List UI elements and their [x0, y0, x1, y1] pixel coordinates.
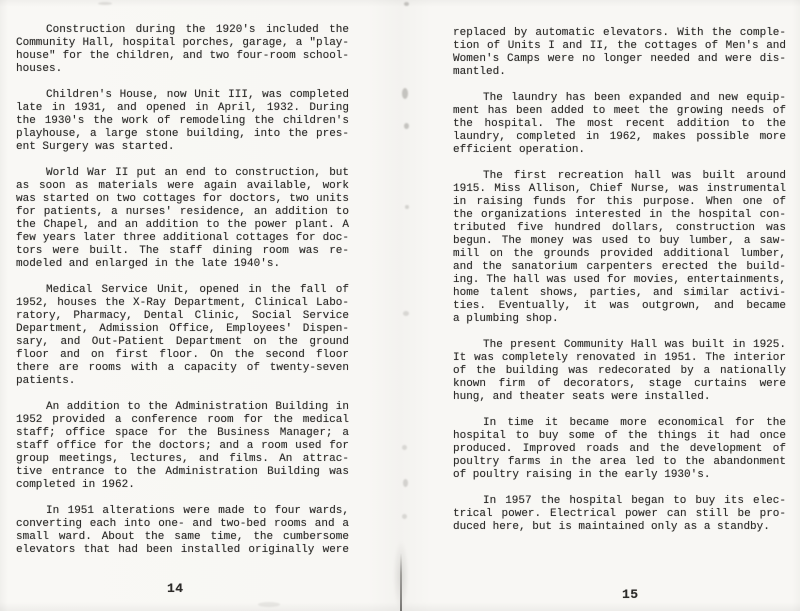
text-line: as soon as materials were again availabl…	[16, 180, 349, 193]
text-line: 1952 provided a conference room for the …	[16, 414, 349, 427]
text-line: the Chapel, and an addition to the power…	[16, 219, 349, 232]
text-line: Women's Camps were no longer needed and …	[453, 53, 786, 66]
text-line: for patients, a nurses' residence, an ad…	[16, 206, 349, 219]
text-line: small ward. About the same time, the cum…	[16, 531, 349, 544]
text-line: mantled.	[453, 66, 786, 79]
text-line: staff; office space for the Business Man…	[16, 427, 349, 440]
text-line: In 1957 the hospital began to buy its el…	[453, 495, 786, 508]
text-line: was started on two cottages for doctors,…	[16, 193, 349, 206]
paragraph: Children's House, now Unit III, was comp…	[16, 89, 349, 154]
paragraph: In 1957 the hospital began to buy its el…	[453, 495, 786, 534]
text-line: staff office for the doctors; and a room…	[16, 440, 349, 453]
scan-smudge	[402, 88, 408, 99]
paragraph: An addition to the Administration Buildi…	[16, 401, 349, 492]
scanned-book-spread: Construction during the 1920's included …	[0, 0, 800, 611]
text-line: late in 1931, and opened in April, 1932.…	[16, 102, 349, 115]
text-line: 1952, houses the X-Ray Department, Clini…	[16, 297, 349, 310]
text-line: Construction during the 1920's included …	[16, 24, 349, 37]
text-line: known firm of decorators, stage curtains…	[453, 378, 786, 391]
text-line: Medical Service Unit, opened in the fall…	[16, 284, 349, 297]
text-line: replaced by automatic elevators. With th…	[453, 27, 786, 40]
text-line: duced here, but is maintained only as a …	[453, 521, 786, 534]
text-line: group meetings, lectures, and films. An …	[16, 453, 349, 466]
text-line: elevators that had been installed origin…	[16, 544, 349, 557]
paragraph: In 1951 alterations were made to four wa…	[16, 505, 349, 557]
text-line: sary, and Out-Patient Department on the …	[16, 336, 349, 349]
text-line: ties. Eventually, it was outgrown, and b…	[453, 300, 786, 313]
text-line: a plumbing shop.	[453, 313, 786, 326]
text-line: home talent shows, parties, and similar …	[453, 287, 786, 300]
paragraph: In time it became more economical for th…	[453, 417, 786, 482]
text-line: tive entrance to the Administration Buil…	[16, 466, 349, 479]
text-line: poultry farms in the area led to the aba…	[453, 456, 786, 469]
text-line: Community Hall, hospital porches, garage…	[16, 37, 349, 50]
paragraph: The first recreation hall was built arou…	[453, 170, 786, 326]
binding-fold-line	[400, 553, 402, 611]
text-line: patients.	[16, 375, 349, 388]
text-line: The first recreation hall was built arou…	[453, 170, 786, 183]
scan-smudge	[405, 205, 409, 209]
text-line: ratory, Pharmacy, Dental Clinic, Social …	[16, 310, 349, 323]
text-line: ent Surgery was started.	[16, 141, 349, 154]
text-line: the organizations interested in the hosp…	[453, 209, 786, 222]
paragraph: Construction during the 1920's included …	[16, 24, 349, 76]
text-line: efficient operation.	[453, 144, 786, 157]
text-line: 1915. Miss Allison, Chief Nurse, was ins…	[453, 183, 786, 196]
paragraph: replaced by automatic elevators. With th…	[453, 27, 786, 79]
text-line: In 1951 alterations were made to four wa…	[16, 505, 349, 518]
text-line: and the sanatorium carpenters erected th…	[453, 261, 786, 274]
text-line: the 1930's the work of remodeling the ch…	[16, 115, 349, 128]
scan-smudge	[403, 311, 409, 316]
text-line: laundry, completed in 1962, makes possib…	[453, 131, 786, 144]
text-line: completed in 1962.	[16, 479, 349, 492]
text-line: hospital to buy some of the things it ha…	[453, 430, 786, 443]
text-line: tors were built. The staff dining room w…	[16, 245, 349, 258]
text-line: It was completely renovated in 1951. The…	[453, 352, 786, 365]
page-15-text: replaced by automatic elevators. With th…	[453, 27, 786, 534]
text-line: begun. The money was used to buy lumber,…	[453, 235, 786, 248]
text-line: Children's House, now Unit III, was comp…	[16, 89, 349, 102]
text-line: the hospital. The most recent addition t…	[453, 118, 786, 131]
text-line: of poultry raising in the early 1930's.	[453, 469, 786, 482]
scan-smudge	[258, 602, 280, 607]
text-line: ment has been added to meet the growing …	[453, 105, 786, 118]
paragraph: The laundry has been expanded and new eq…	[453, 92, 786, 157]
paragraph: World War II put an end to construction,…	[16, 167, 349, 271]
text-line: floor and on first floor. On the second …	[16, 349, 349, 362]
scan-smudge	[404, 123, 409, 129]
paragraph: Medical Service Unit, opened in the fall…	[16, 284, 349, 388]
text-line: converting each into one- and two-bed ro…	[16, 518, 349, 531]
text-line: trical power. Electrical power can still…	[453, 508, 786, 521]
text-line: playhouse, a large stone building, into …	[16, 128, 349, 141]
scan-smudge	[403, 479, 408, 487]
scan-smudge	[402, 445, 407, 450]
text-line: few years later three additional cottage…	[16, 232, 349, 245]
text-line: The laundry has been expanded and new eq…	[453, 92, 786, 105]
text-line: Department, Admission Office, Employees'…	[16, 323, 349, 336]
scan-smudge	[402, 514, 407, 519]
text-line: ing. The hall was used for movies, enter…	[453, 274, 786, 287]
paragraph: The present Community Hall was built in …	[453, 339, 786, 404]
text-line: An addition to the Administration Buildi…	[16, 401, 349, 414]
text-line: house" for the children, and two four-ro…	[16, 50, 349, 63]
text-line: The present Community Hall was built in …	[453, 339, 786, 352]
text-line: tributed five hundred dollars, construct…	[453, 222, 786, 235]
text-line: In time it became more economical for th…	[453, 417, 786, 430]
scan-smudge	[98, 2, 112, 5]
text-line: there are rooms with a capacity of twent…	[16, 362, 349, 375]
text-line: houses.	[16, 63, 349, 76]
text-line: modeled and enlarged in the late 1940's.	[16, 258, 349, 271]
page-14-text: Construction during the 1920's included …	[16, 24, 349, 557]
text-line: in raising funds for this purpose. When …	[453, 196, 786, 209]
page-number-15: 15	[622, 587, 639, 602]
text-line: tion of Units I and II, the cottages of …	[453, 40, 786, 53]
text-line: hung, and theater seats were installed.	[453, 391, 786, 404]
text-line: mill on the grounds provided additional …	[453, 248, 786, 261]
page-number-14: 14	[167, 581, 184, 596]
text-line: World War II put an end to construction,…	[16, 167, 349, 180]
text-line: produced. Improved roads and the develop…	[453, 443, 786, 456]
text-line: of the building was redecorated by a nat…	[453, 365, 786, 378]
scan-smudge	[404, 2, 409, 6]
